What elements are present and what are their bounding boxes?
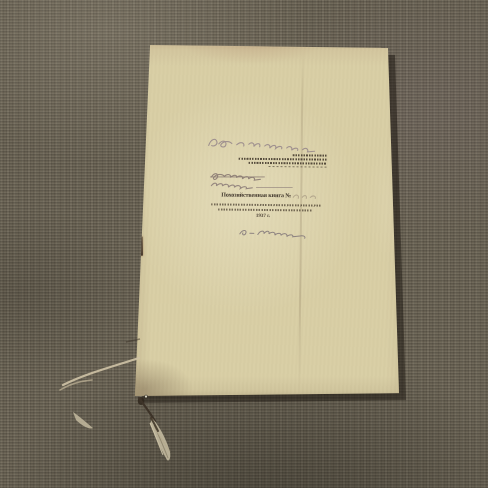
fine-print-dotted-rule [269, 166, 327, 168]
fine-print-row [239, 158, 327, 161]
fine-print-row [293, 154, 327, 156]
handwriting-word-second [208, 179, 298, 194]
cover-content: Похозяйственная книга № 1937 г. [126, 39, 406, 402]
photo-scene: Похозяйственная книга № 1937 г. [0, 0, 488, 488]
booklet-cover: Похозяйственная книга № 1937 г. [128, 40, 404, 400]
subtitle-fine-print-line [218, 208, 312, 211]
handwritten-number [290, 191, 322, 201]
signature-handwriting [236, 224, 312, 243]
fine-print-row [249, 162, 327, 165]
cover-year: 1937 г. [248, 214, 278, 220]
cover-crease [298, 48, 303, 393]
form-fine-print-block [235, 154, 327, 168]
subtitle-fine-print-line [211, 203, 321, 206]
cover-title: Похозяйственная книга № [216, 192, 296, 200]
